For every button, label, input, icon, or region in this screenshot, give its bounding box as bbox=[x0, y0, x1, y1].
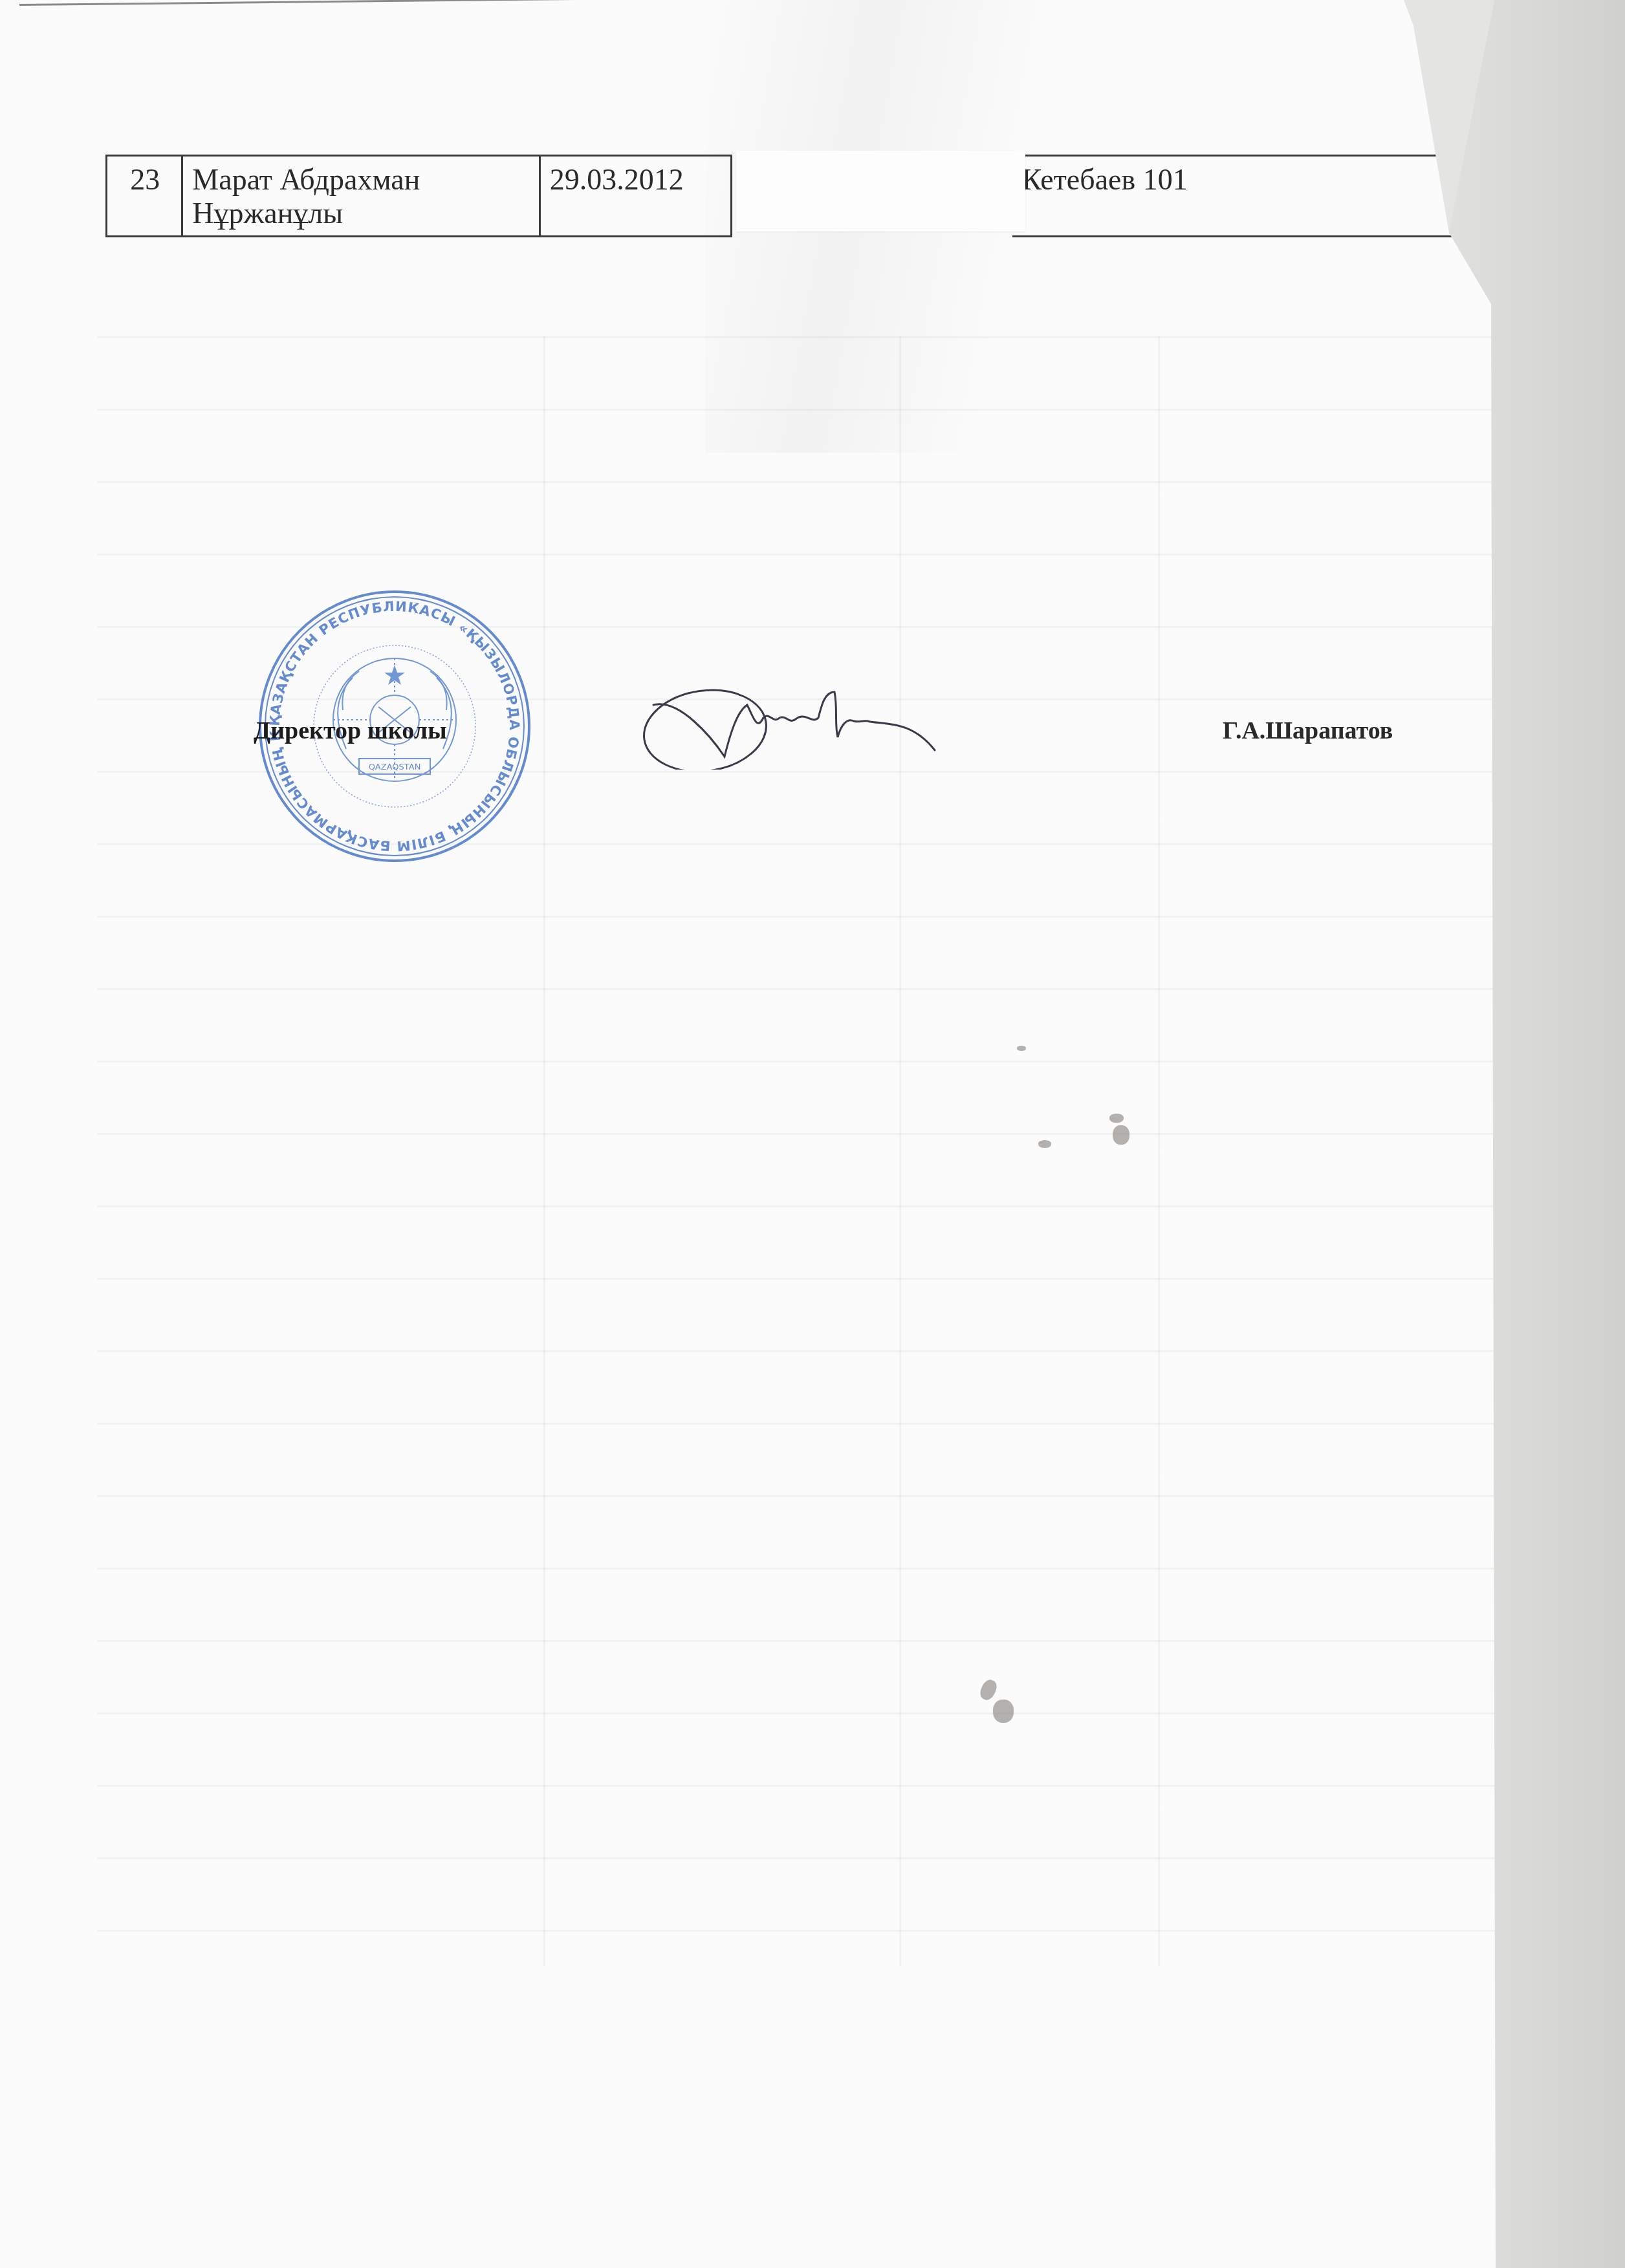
handwritten-signature bbox=[640, 679, 938, 770]
name-line-1: Марат Абдрахман bbox=[192, 163, 531, 197]
birth-date-cell: 29.03.2012 bbox=[540, 156, 732, 237]
row-number-cell: 23 bbox=[107, 156, 182, 237]
reverse-side-bleed-through bbox=[97, 336, 1565, 1966]
address: Кетебаев 101 bbox=[1021, 163, 1187, 196]
row-number: 23 bbox=[130, 163, 160, 196]
birth-date: 29.03.2012 bbox=[550, 163, 684, 196]
paper-sheet: 23 Марат Абдрахман Нұржанұлы 29.03.2012 … bbox=[0, 0, 1625, 2268]
stain-mark bbox=[1038, 1140, 1051, 1148]
signatory-name: Г.А.Шарапатов bbox=[1223, 717, 1393, 745]
top-edge-line bbox=[19, 0, 634, 6]
stain-mark bbox=[1017, 1046, 1026, 1051]
name-cell: Марат Абдрахман Нұржанұлы bbox=[182, 156, 540, 237]
stain-mark bbox=[1113, 1125, 1129, 1145]
stamp-center-text: QAZAQSTAN bbox=[369, 762, 421, 772]
iin-redaction-patch bbox=[736, 151, 1025, 232]
stain-mark bbox=[1109, 1114, 1124, 1123]
stain-mark bbox=[993, 1700, 1014, 1723]
signature-role-label: Директор школы bbox=[254, 717, 447, 745]
name-line-2: Нұржанұлы bbox=[192, 197, 531, 230]
